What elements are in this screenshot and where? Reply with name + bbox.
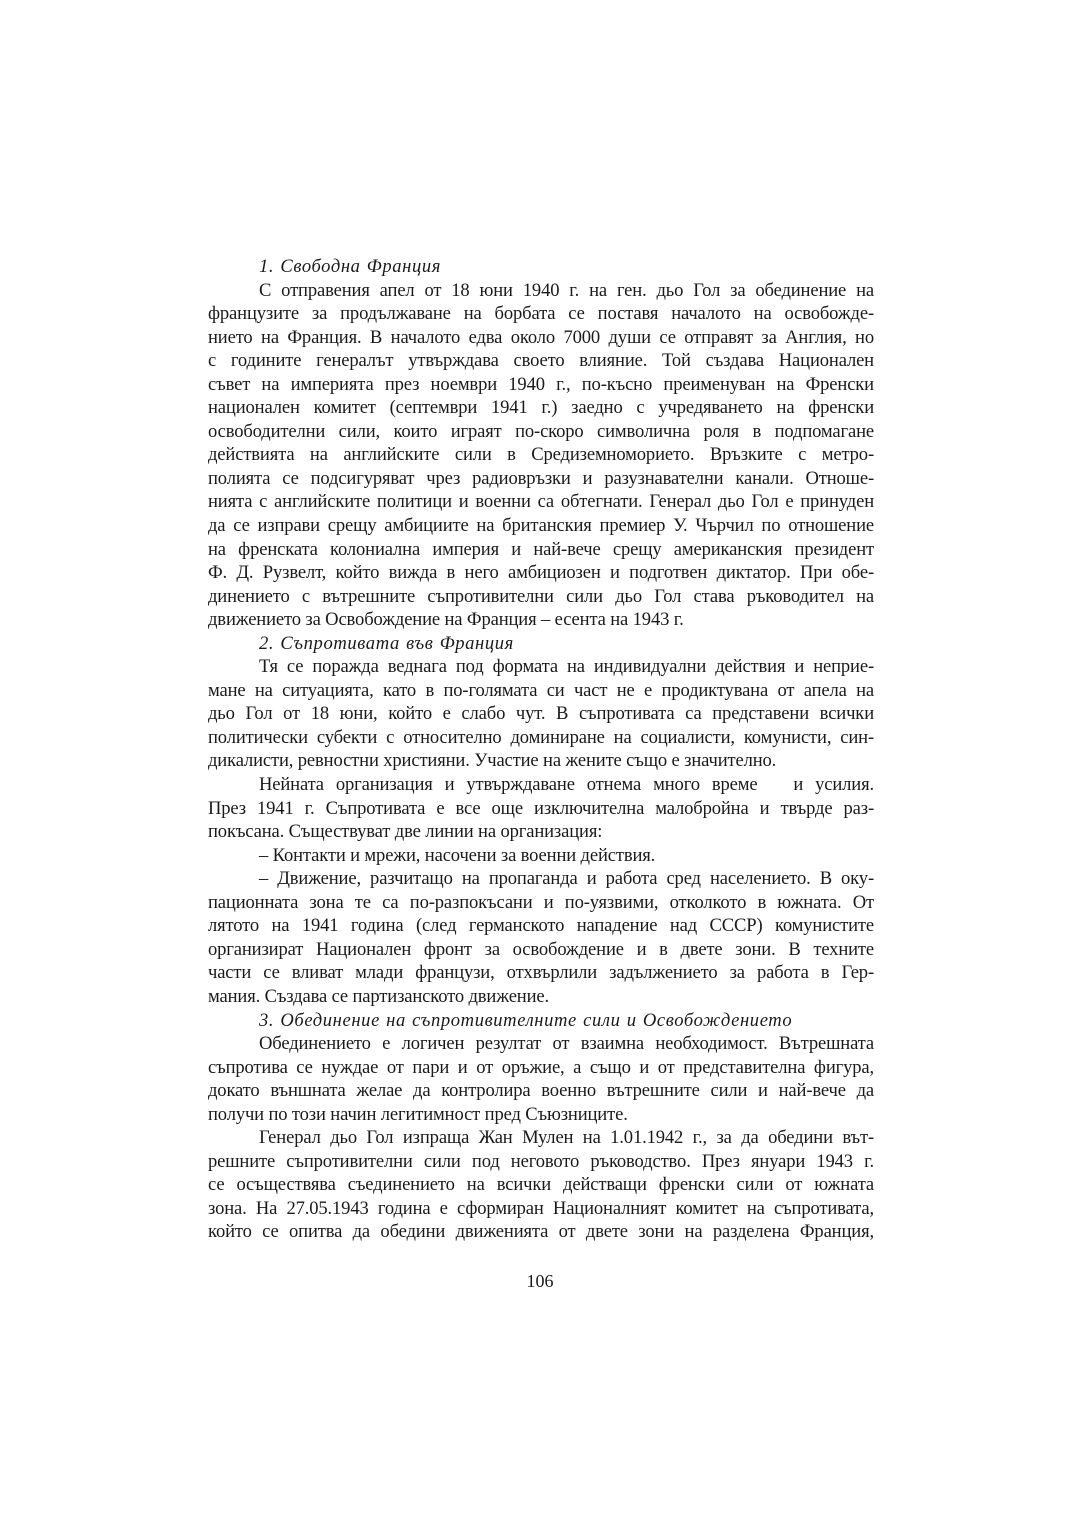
text-line: получи по този начин легитимност пред Съ… [208,1103,874,1127]
text-line: съвет на империята през ноември 1940 г.,… [208,373,874,397]
section-heading-1: 1. Свободна Франция [208,255,874,279]
text-line: да се изправи срещу амбициите на британс… [208,514,874,538]
text-line: пационната зона те са по-разпокъсани и п… [208,891,874,915]
text-line: който се опитва да обедини движенията от… [208,1220,874,1244]
text-line: нията с английските политици и военни са… [208,490,874,514]
text-line: национален комитет (септември 1941 г.) з… [208,396,874,420]
text-line: зона. На 27.05.1943 година е сформиран Н… [208,1197,874,1221]
text-line: лятото на 1941 година (след германското … [208,914,874,938]
text-line: Тя се поражда веднага под формата на инд… [208,655,874,679]
list-item-text: – Контакти и мрежи, насочени за военни д… [208,844,874,868]
text-line: През 1941 г. Съпротивата е все още изклю… [208,797,874,821]
text-line: се осъществява съединението на всички де… [208,1173,874,1197]
text-line: с годините генералът утвърждава своето в… [208,349,874,373]
text-line: французите за продължаване на борбата се… [208,302,874,326]
text-line: С отправения апел от 18 юни 1940 г. на г… [208,279,874,303]
text-line: докато външната желае да контролира воен… [208,1079,874,1103]
text-line: динението с вътрешните съпротивителни си… [208,585,874,609]
text-line: части се вливат млади французи, отхвърли… [208,961,874,985]
section-heading-2: 2. Съпротивата във Франция [208,632,874,656]
text-line: съпротива се нуждае от пари и от оръжие,… [208,1056,874,1080]
text-line: нието на Франция. В началото едва около … [208,326,874,350]
text-line: Обединението е логичен резултат от взаим… [208,1032,874,1056]
text-line: мане на ситуацията, като в по-голямата с… [208,679,874,703]
document-page: 1. Свободна Франция С отправения апел от… [208,255,874,1244]
text-line: дьо Гол от 18 юни, който е слабо чут. В … [208,702,874,726]
text-line: решните съпротивителни сили под неговото… [208,1150,874,1174]
text-line: на френската колониална империя и най-ве… [208,538,874,562]
text-line: Нейната организация и утвърждаване отнем… [208,773,874,797]
text-line: покъсана. Съществуват две линии на орган… [208,820,874,844]
text-line: освободителни сили, които играят по-скор… [208,420,874,444]
text-line: полията се подсигуряват чрез радиовръзки… [208,467,874,491]
text-line: Ф. Д. Рузвелт, който вижда в него амбици… [208,561,874,585]
page-number: 106 [0,1271,1080,1292]
text-line: действията на английските сили в Средизе… [208,443,874,467]
section-heading-3: 3. Обединение на съпротивителните сили и… [208,1009,874,1033]
text-line: политически субекти с относително домини… [208,726,874,750]
list-item-text: – Движение, разчитащо на пропаганда и ра… [208,867,874,891]
text-line: мания. Създава се партизанското движение… [208,985,874,1009]
text-line: движението за Освобождение на Франция – … [208,608,874,632]
text-line: Генерал дьо Гол изпраща Жан Мулен на 1.0… [208,1126,874,1150]
text-line: организират Национален фронт за освобожд… [208,938,874,962]
text-line: дикалисти, ревностни християни. Участие … [208,749,874,773]
